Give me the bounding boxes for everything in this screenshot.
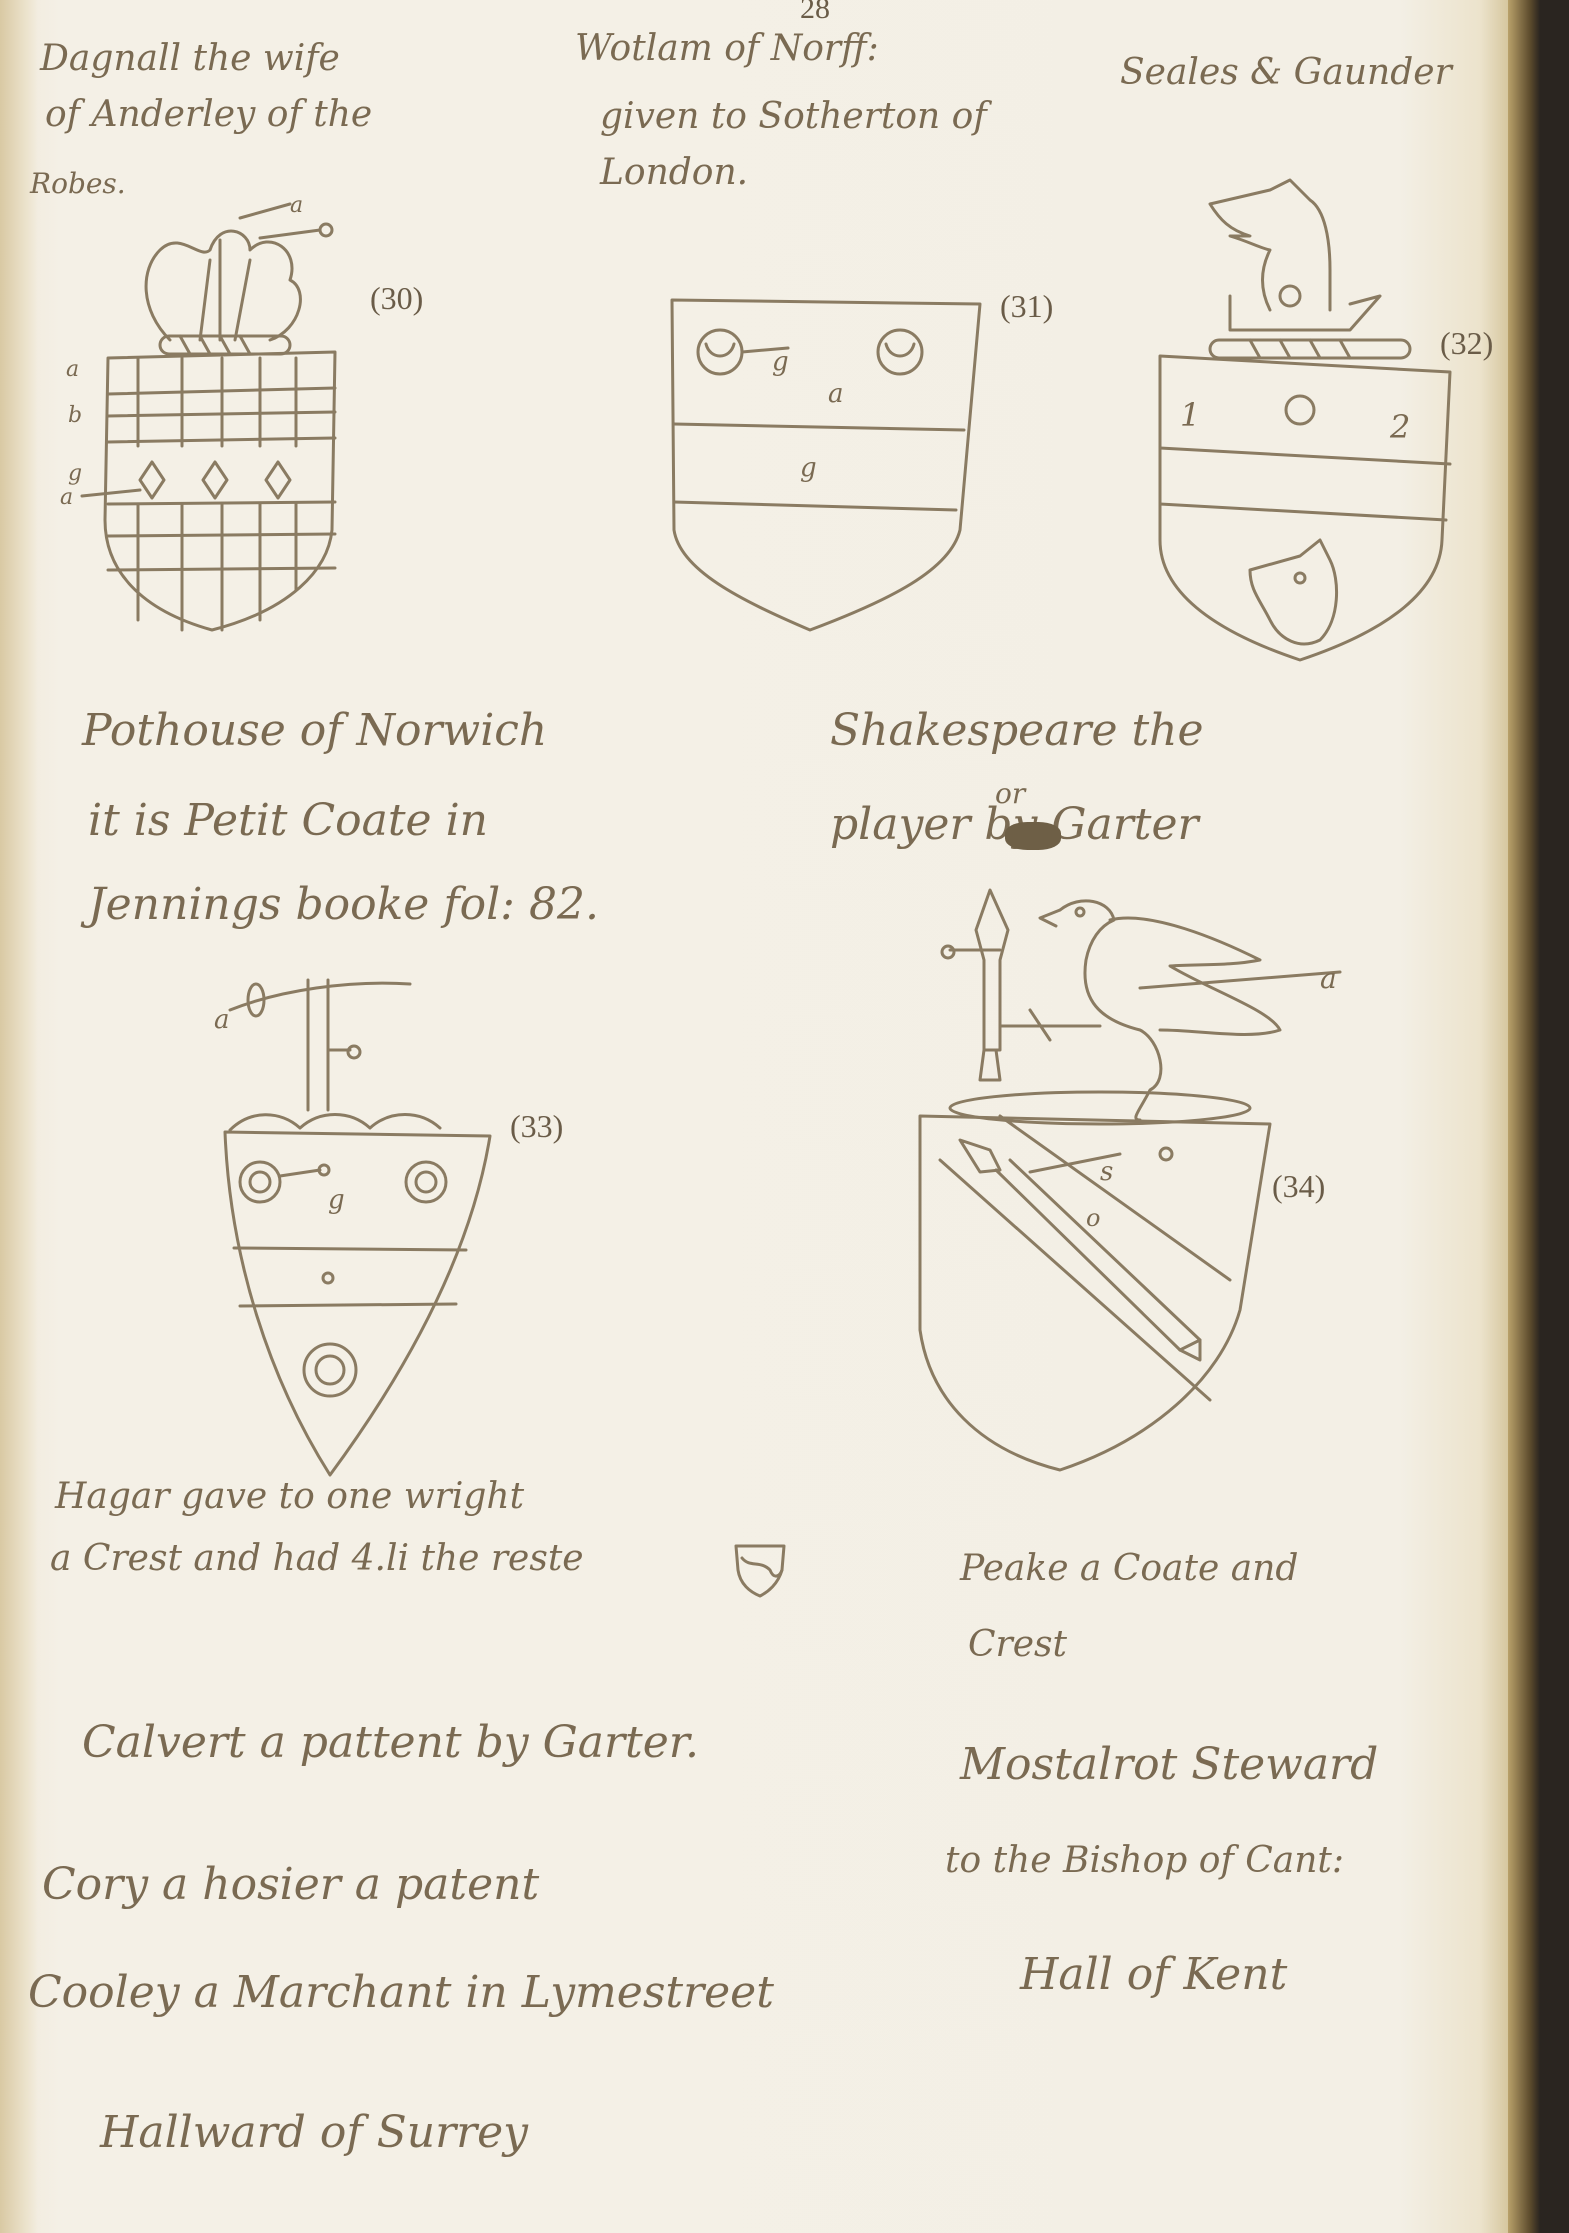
note-line: Peake a Coate and: [960, 1548, 1298, 1589]
note-line: Hagar gave to one wright: [55, 1476, 524, 1517]
note-line: Dagnall the wife: [40, 38, 340, 79]
svg-text:a: a: [290, 193, 303, 218]
note-line: given to Sotherton of: [600, 96, 987, 137]
entry-line: Cooley a Marchant in Lymestreet: [28, 1968, 774, 2019]
shield-32-label: (32): [1440, 325, 1493, 362]
svg-text:g: g: [328, 1185, 345, 1215]
small-shield-icon: [730, 1540, 790, 1600]
svg-text:a: a: [1320, 962, 1337, 995]
note-line: a Crest and had 4.li the reste: [50, 1538, 584, 1579]
ink-blot: [1005, 822, 1061, 850]
svg-text:2: 2: [1389, 408, 1410, 446]
shield-30-drawing: a a b g a: [60, 190, 480, 640]
shield-32-drawing: 1 2: [1150, 180, 1470, 680]
note-line: Pothouse of Norwich: [82, 706, 547, 757]
folio-number: 28: [800, 0, 830, 26]
shield-33-drawing: a g: [200, 960, 520, 1480]
svg-text:g: g: [68, 461, 82, 486]
note-line: it is Petit Coate in: [88, 796, 488, 847]
entry-line: Hall of Kent: [1020, 1950, 1287, 2001]
note-line: Shakespeare the: [830, 706, 1204, 757]
entry-line: Calvert a pattent by Garter.: [82, 1718, 699, 1769]
svg-text:s: s: [1100, 1157, 1113, 1187]
entry-line: Hallward of Surrey: [100, 2108, 528, 2159]
note-line: London.: [600, 152, 748, 193]
shield-34-label: (34): [1272, 1168, 1325, 1205]
shield-34-drawing: a s o: [900, 880, 1360, 1540]
shield-33-label: (33): [510, 1108, 563, 1145]
manuscript-page: 28 Dagnall the wife of Anderley of the R…: [0, 0, 1540, 2233]
note-line: of Anderley of the: [45, 94, 372, 135]
shield-30-label: (30): [370, 280, 423, 317]
page-edge: [1508, 0, 1540, 2233]
entry-line: to the Bishop of Cant:: [945, 1840, 1344, 1881]
note-line: Crest: [968, 1624, 1067, 1665]
svg-text:o: o: [1086, 1204, 1100, 1232]
shield-31-label: (31): [1000, 288, 1053, 325]
entry-line: Mostalrot Steward: [960, 1740, 1378, 1791]
svg-text:a: a: [66, 357, 79, 382]
shield-31-drawing: g a g: [660, 290, 1000, 630]
svg-text:a: a: [828, 379, 844, 409]
svg-text:a: a: [214, 1005, 230, 1035]
entry-line: Cory a hosier a patent: [42, 1860, 539, 1911]
svg-text:g: g: [772, 347, 789, 377]
note-line: Seales & Gaunder: [1120, 52, 1452, 93]
binding-gutter: [0, 0, 38, 2233]
svg-text:g: g: [800, 453, 817, 483]
note-line: Jennings booke fol: 82.: [88, 880, 599, 931]
svg-text:a: a: [60, 485, 73, 510]
svg-text:1: 1: [1180, 396, 1200, 434]
svg-text:b: b: [68, 403, 82, 428]
note-line: Wotlam of Norff:: [575, 28, 879, 69]
